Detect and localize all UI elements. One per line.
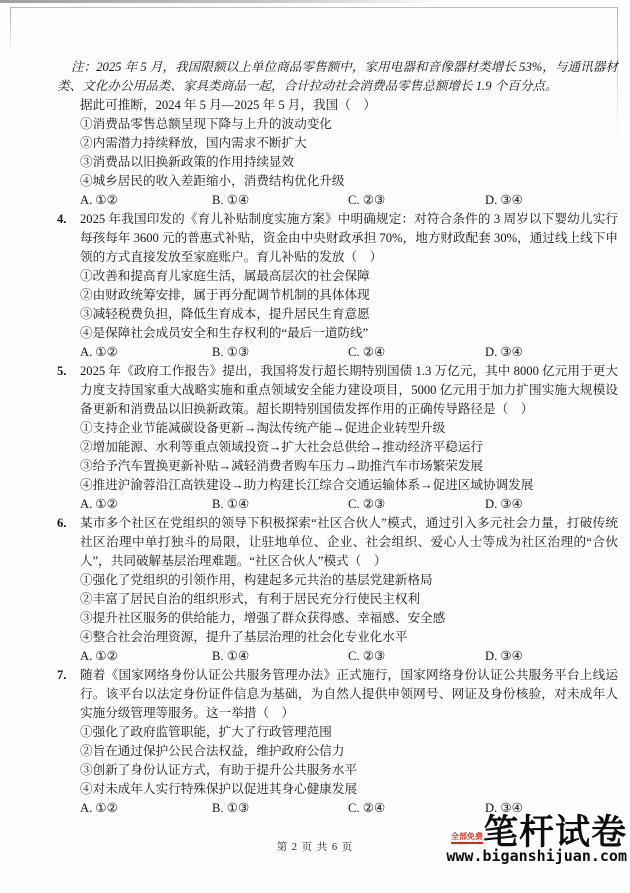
option-line: ①强化了政府监管职能，扩大了行政管理范围 [80,723,618,742]
page-border-top [10,7,618,8]
option-line: ③消费品以旧换新政策的作用持续显效 [80,153,618,172]
option-line: ②由财政统筹安排，属于再分配调节机制的具体体现 [80,286,618,305]
option-line: ①消费品零售总额呈现下降与上升的波动变化 [80,115,618,134]
option-line: ④是保障社会成员安全和生存权利的“最后一道防线” [80,324,618,343]
question-stem: 2025 年我国印发的《育儿补贴制度实施方案》中明确规定：对符合条件的 3 周岁… [80,210,618,267]
question-number: 6. [57,514,80,666]
choice-c: C. ②③ [348,191,485,210]
question-stem: 据此可推断，2024 年 5 月—2025 年 5 月，我国（ ） [80,96,618,115]
question-stem: 2025 年《政府工作报告》提出，我国将发行超长期特别国债 1.3 万亿元，其中… [80,362,618,419]
choice-c: C. ②③ [348,495,485,514]
choice-a: A. ①② [80,343,212,362]
free-badge: 全部免费 [451,832,483,844]
choice-b: B. ①③ [212,343,348,362]
choice-c: C. ②④ [348,343,485,362]
scanned-exam-page: 注：2025 年 5 月，我国限额以上单位商品零售额中，家用电器和音像器材类增长… [0,0,630,893]
option-line: ②增加能源、水利等重点领域投资→扩大社会总供给→推动经济平稳运行 [80,438,618,457]
question-number: 5. [57,362,80,514]
option-line: ③提升社区服务的供给能力，增强了群众获得感、幸福感、安全感 [80,609,618,628]
option-line: ①改善和提高育儿家庭生活，属最高层次的社会保障 [80,267,618,286]
choices-row: A. ①② B. ①④ C. ②③ D. ③④ [80,647,618,666]
question-item: 5. 2025 年《政府工作报告》提出，我国将发行超长期特别国债 1.3 万亿元… [57,362,618,514]
choice-d: D. ③④ [485,191,618,210]
question-stem: 随着《国家网络身份认证公共服务管理办法》正式施行，国家网络身份认证公共服务平台上… [80,666,618,723]
question-stem: 某市多个社区在党组织的领导下积极探索“社区合伙人”模式，通过引入多元社会力量，打… [80,514,618,571]
choice-d: D. ③④ [485,343,618,362]
exam-content: 注：2025 年 5 月，我国限额以上单位商品零售额中，家用电器和音像器材类增长… [57,58,618,818]
option-line: ③创新了身份认证方式，有助于提升公共服务水平 [80,761,618,780]
option-line: ②内需潜力持续释放，国内需求不断扩大 [80,134,618,153]
choice-b: B. ①③ [212,799,348,818]
option-line: ③给予汽车置换更新补贴→减轻消费者购车压力→助推汽车市场繁荣发展 [80,457,618,476]
watermark-logo: 全部免费 笔杆试卷 www.biganshijuan.com [446,816,627,865]
choice-a: A. ①② [80,799,212,818]
choice-b: B. ①④ [212,495,348,514]
option-line: ④推进沪渝蓉沿江高铁建设→助力构建长江综合交通运输体系→促进区域协调发展 [80,476,618,495]
question-body: 某市多个社区在党组织的领导下积极探索“社区合伙人”模式，通过引入多元社会力量，打… [80,514,618,666]
question-body: 随着《国家网络身份认证公共服务管理办法》正式施行，国家网络身份认证公共服务平台上… [80,666,618,818]
option-line: ④整合社会治理资源，提升了基层治理的社会化专业化水平 [80,628,618,647]
choices-row: A. ①② B. ①④ C. ②③ D. ③④ [80,191,618,210]
question-number: 4. [57,210,80,362]
choice-a: A. ①② [80,495,212,514]
question-number: 7. [57,666,80,818]
choice-a: A. ①② [80,191,212,210]
option-line: ②旨在通过保护公民合法权益，维护政府公信力 [80,742,618,761]
question-item: 7. 随着《国家网络身份认证公共服务管理办法》正式施行，国家网络身份认证公共服务… [57,666,618,818]
option-line: ③减轻税费负担，降低生育成本，提升居民生育意愿 [80,305,618,324]
choice-d: D. ③④ [485,647,618,666]
option-line: ①强化了党组织的引领作用，构建起多元共治的基层党建新格局 [80,571,618,590]
option-line: ④城乡居民的收入差距缩小，消费结构优化升级 [80,172,618,191]
choice-c: C. ②③ [348,647,485,666]
choice-b: B. ①④ [212,191,348,210]
question-item: 4. 2025 年我国印发的《育儿补贴制度实施方案》中明确规定：对符合条件的 3… [57,210,618,362]
question-body: 2025 年我国印发的《育儿补贴制度实施方案》中明确规定：对符合条件的 3 周岁… [80,210,618,362]
scan-edge-top [0,0,630,3]
choice-b: B. ①④ [212,647,348,666]
brand-url: www.biganshijuan.com [446,848,627,865]
choice-d: D. ③④ [485,495,618,514]
page-border-left [10,7,11,55]
brand-title: 笔杆试卷 [483,816,627,850]
choices-row: A. ①② B. ①④ C. ②③ D. ③④ [80,495,618,514]
question-item: 6. 某市多个社区在党组织的领导下积极探索“社区合伙人”模式，通过引入多元社会力… [57,514,618,666]
option-line: ①支持企业节能减碳设备更新→淘汰传统产能→促进企业转型升级 [80,419,618,438]
question-item: 注：2025 年 5 月，我国限额以上单位商品零售额中，家用电器和音像器材类增长… [57,58,618,210]
question-body: 2025 年《政府工作报告》提出，我国将发行超长期特别国债 1.3 万亿元，其中… [80,362,618,514]
question-body: 据此可推断，2024 年 5 月—2025 年 5 月，我国（ ） ①消费品零售… [80,96,618,210]
option-line: ②丰富了居民自治的组织形式，有利于居民充分行使民主权利 [80,590,618,609]
question-note: 注：2025 年 5 月，我国限额以上单位商品零售额中，家用电器和音像器材类增长… [57,58,618,96]
choice-a: A. ①② [80,647,212,666]
option-line: ④对未成年人实行特殊保护以促进其身心健康发展 [80,780,618,799]
choices-row: A. ①② B. ①③ C. ②④ D. ③④ [80,343,618,362]
